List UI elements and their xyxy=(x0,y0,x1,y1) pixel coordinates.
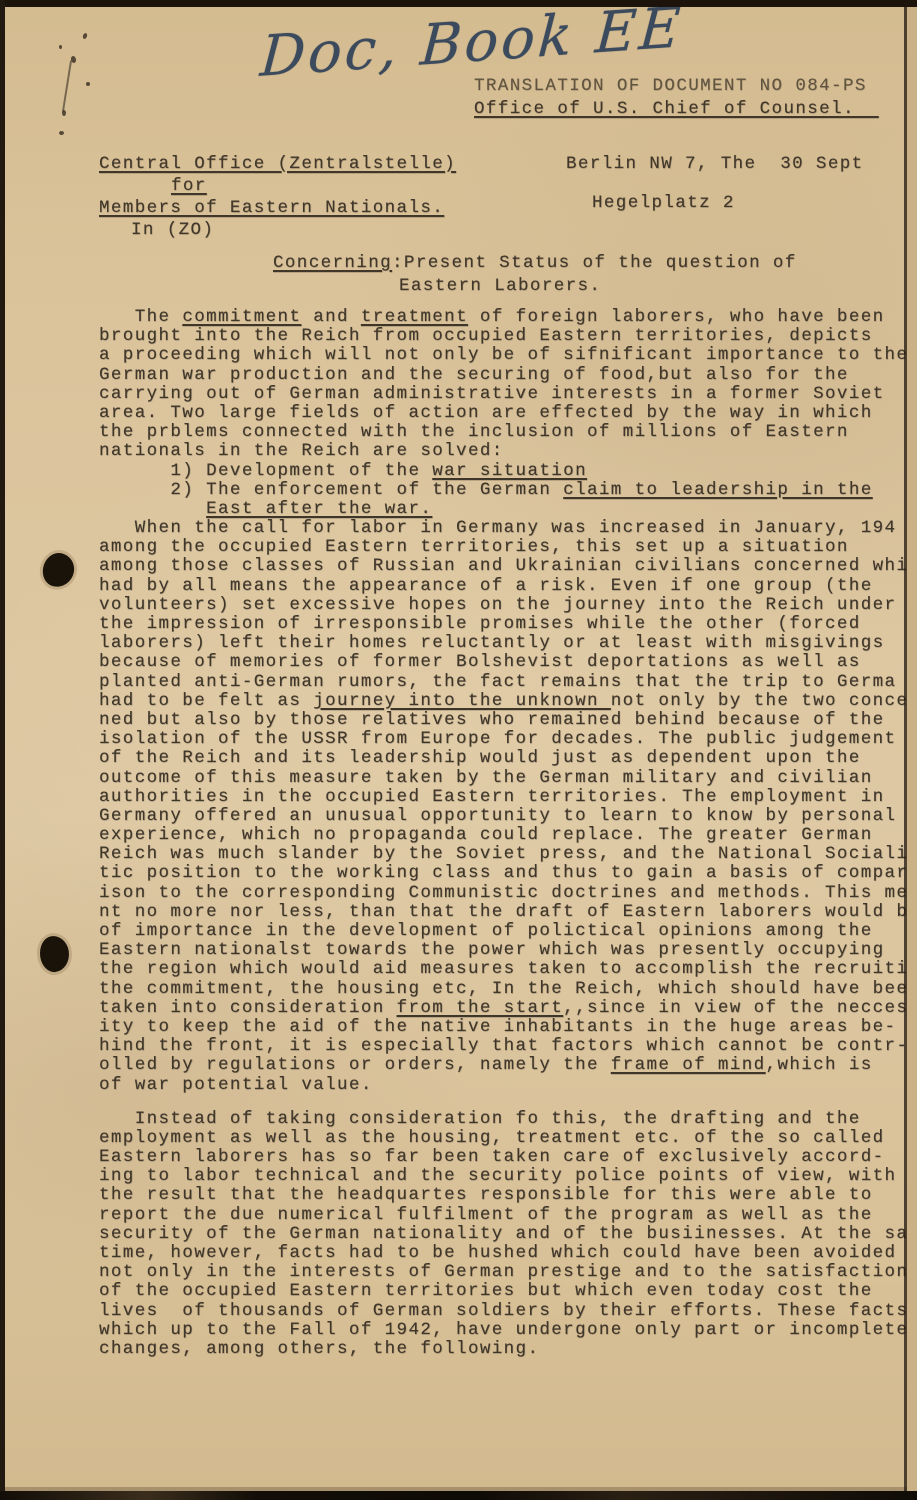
text-line: of importance in the development of poli… xyxy=(99,922,906,941)
text-line: 2) The enforcement of the German claim t… xyxy=(99,481,906,500)
text-line: carrying out of German administrative in… xyxy=(99,385,906,404)
text-line: had by all means the appearance of a ris… xyxy=(99,577,906,596)
sender-line-in-zo: In (ZO) xyxy=(131,220,214,240)
text-line: brought into the Reich from occupied Eas… xyxy=(99,327,906,346)
text-line: When the call for labor in Germany was i… xyxy=(99,519,906,538)
text-line: nt no more nor less, than that the draft… xyxy=(99,903,906,922)
text-line: Eastern laborers has so far been taken c… xyxy=(99,1148,906,1167)
scanned-document-page: Doc, Book EE TRANSLATION OF DOCUMENT NO … xyxy=(0,0,917,1500)
scan-edge-left xyxy=(0,0,5,1500)
place-date-line: Berlin NW 7, The 30 Sept xyxy=(566,154,864,174)
scan-edge-top xyxy=(0,0,917,7)
underlined-text-segment: journey into the unknown xyxy=(313,691,611,711)
text-line: The commitment and treatment of foreign … xyxy=(99,308,906,327)
text-line: taken into consideration from the start,… xyxy=(99,999,906,1018)
text-segment: and xyxy=(301,308,361,327)
text-line: outcome of this measure taken by the Ger… xyxy=(99,769,906,788)
text-line: the commitment, the housing etc, In the … xyxy=(99,980,906,999)
address-line: Hegelplatz 2 xyxy=(592,193,735,213)
text-line: the result that the headquartes responsi… xyxy=(99,1186,906,1205)
sender-line-central-office: Central Office (Zentralstelle) xyxy=(99,154,456,174)
text-line: which up to the Fall of 1942, have under… xyxy=(99,1321,906,1340)
subject-line-2: Eastern Laborers. xyxy=(399,276,601,296)
text-line: Reich was much slander by the Soviet pre… xyxy=(99,845,906,864)
text-line: changes, among others, the following. xyxy=(99,1340,906,1359)
text-line: 1) Development of the war situation xyxy=(99,462,906,481)
text-line: Germany offered an unusual opportunity t… xyxy=(99,807,906,826)
text-line: volunteers) set excessive hopes on the j… xyxy=(99,596,906,615)
text-line: Instead of taking consideration fo this,… xyxy=(99,1110,906,1129)
sender-line-members: Members of Eastern Nationals. xyxy=(99,198,444,218)
text-line: authorities in the occupied Eastern terr… xyxy=(99,788,906,807)
text-line: tic position to the working class and th… xyxy=(99,864,906,883)
text-segment: of foreign laborers, who have been xyxy=(468,308,885,327)
text-segment xyxy=(99,499,206,519)
text-line: the region which would aid measures take… xyxy=(99,960,906,979)
underlined-text-segment: frame of mind xyxy=(611,1055,766,1075)
text-segment: 2) The enforcement of the German xyxy=(99,480,563,500)
underlined-text-segment: commitment xyxy=(182,308,301,327)
text-segment: not only by the two conce xyxy=(611,691,906,711)
text-segment: had to be felt as xyxy=(99,691,313,711)
text-segment: The xyxy=(99,308,182,327)
paragraph-gap xyxy=(99,1095,906,1110)
text-line: the impression of irresponsible promises… xyxy=(99,615,906,634)
scan-edge-right-line xyxy=(904,0,907,1500)
text-line: security of the German nationality and o… xyxy=(99,1225,906,1244)
ink-speck xyxy=(59,45,62,49)
text-segment: ,which is xyxy=(766,1055,873,1075)
text-line: laborers) left their homes reluctantly o… xyxy=(99,634,906,653)
underlined-text-segment: war situation xyxy=(432,461,587,481)
text-line: lives of thousands of German soldiers by… xyxy=(99,1302,906,1321)
text-line: nationals in the Reich are solved: xyxy=(99,442,906,461)
text-line: had to be felt as journey into the unkno… xyxy=(99,692,906,711)
ink-speck xyxy=(59,131,64,135)
text-line: of war potential value. xyxy=(99,1076,906,1095)
scan-edge-right-paper xyxy=(907,0,917,1500)
body-text: The commitment and treatment of foreign … xyxy=(99,308,906,1359)
scan-edge-bottom xyxy=(0,1491,917,1500)
text-segment: olled by regulations or orders, namely t… xyxy=(99,1055,611,1075)
text-line: hind the front, it is especially that fa… xyxy=(99,1037,906,1056)
text-line: ity to keep the aid of the native inhabi… xyxy=(99,1018,906,1037)
text-line: ing to labor technical and the security … xyxy=(99,1167,906,1186)
text-line: ned but also by those relatives who rema… xyxy=(99,711,906,730)
office-of-counsel-line: Office of U.S. Chief of Counsel. xyxy=(474,99,879,119)
sender-line-for: for xyxy=(171,176,207,196)
ink-speck xyxy=(82,32,88,39)
text-line: German war production and the securing o… xyxy=(99,366,906,385)
text-line: among those classes of Russian and Ukrai… xyxy=(99,557,906,576)
text-line: East after the war. xyxy=(99,500,906,519)
scratch-mark xyxy=(62,60,72,112)
text-line: the prblems connected with the inclusion… xyxy=(99,423,906,442)
text-line: employment as well as the housing, treat… xyxy=(99,1129,906,1148)
punch-hole-bottom xyxy=(38,934,72,974)
punch-hole-top xyxy=(40,550,77,590)
translation-header-line: TRANSLATION OF DOCUMENT NO 084-PS xyxy=(474,76,867,96)
text-line: because of memories of former Bolshevist… xyxy=(99,653,906,672)
text-line: time, however, facts had to be hushed wh… xyxy=(99,1244,906,1263)
underlined-text-segment: treatment xyxy=(361,308,468,327)
text-line: among the occupied Eastern territories, … xyxy=(99,538,906,557)
text-line: olled by regulations or orders, namely t… xyxy=(99,1056,906,1075)
underlined-text-segment: claim to leadership in the xyxy=(563,480,872,500)
text-line: planted anti-German rumors, the fact rem… xyxy=(99,673,906,692)
text-segment: ,,since in view of the necces xyxy=(563,998,906,1018)
text-line: experience, which no propaganda could re… xyxy=(99,826,906,845)
text-line: Eastern nationalst towards the power whi… xyxy=(99,941,906,960)
text-line: not only in the interests of German pres… xyxy=(99,1263,906,1282)
text-line: of the Reich and its leadership would ju… xyxy=(99,749,906,768)
ink-speck xyxy=(86,82,90,86)
text-line: ison to the corresponding Communistic do… xyxy=(99,884,906,903)
text-segment: taken into consideration xyxy=(99,998,397,1018)
underlined-text-segment: Concerning xyxy=(273,253,392,273)
text-line: a proceeding which will not only be of s… xyxy=(99,346,906,365)
text-line: area. Two large fields of action are eff… xyxy=(99,404,906,423)
underlined-text-segment: East after the war. xyxy=(206,499,432,519)
text-line: report the due numerical fulfilment of t… xyxy=(99,1206,906,1225)
subject-line-1: Concerning:Present Status of the questio… xyxy=(273,253,797,273)
text-line: of the occupied Eastern territories but … xyxy=(99,1282,906,1301)
underlined-text-segment: from the start xyxy=(397,998,564,1018)
text-line: isolation of the USSR from Europe for de… xyxy=(99,730,906,749)
text-segment: 1) Development of the xyxy=(99,461,432,481)
text-segment: :Present Status of the question of xyxy=(392,253,797,273)
